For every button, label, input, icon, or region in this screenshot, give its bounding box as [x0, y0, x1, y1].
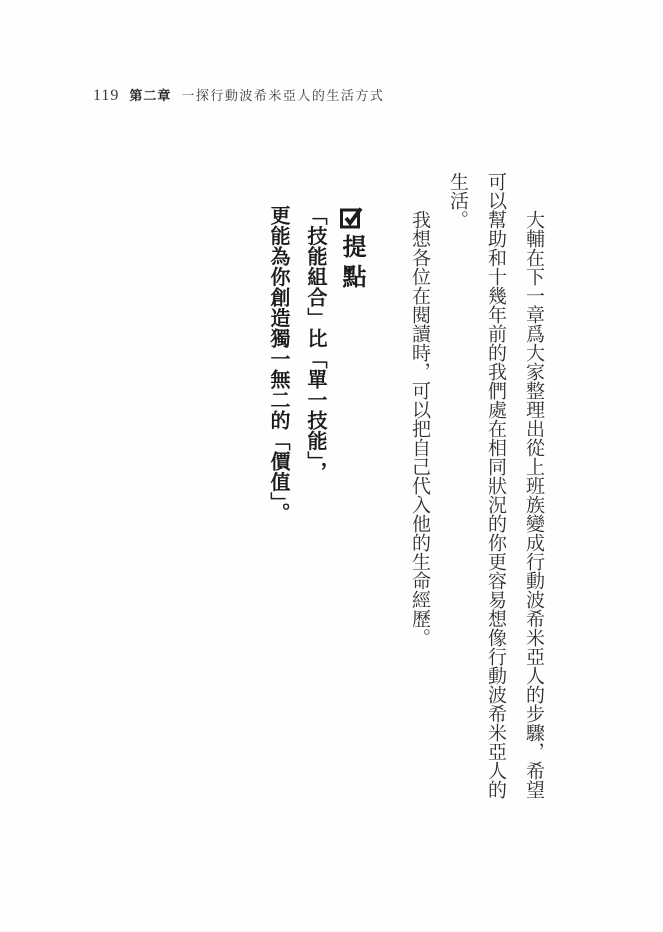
paragraph: 我想各位在閱讀時，可以把自己代入他的生命經歷。	[400, 172, 438, 802]
tip-line: 更能為你創造獨一無二的「價值」。	[259, 205, 296, 645]
page-number: 119	[93, 87, 119, 105]
tip-heading: 提點	[333, 205, 370, 645]
page-header: 119 第二章 一探行動波希米亞人的生活方式	[93, 85, 384, 105]
paragraph: 大輔在下一章爲大家整理出從上班族變成行動波希米亞人的步驟，希望可以幫助和十幾年前…	[438, 172, 552, 802]
checkbox-checked-icon	[346, 205, 370, 229]
chapter-title: 一探行動波希米亞人的生活方式	[181, 85, 384, 104]
chapter-label: 第二章	[129, 85, 171, 104]
tip-heading-label: 提點	[338, 234, 365, 294]
tip-line: 「技能組合」比「單一技能」，	[296, 205, 333, 645]
body-text: 大輔在下一章爲大家整理出從上班族變成行動波希米亞人的步驟，希望可以幫助和十幾年前…	[400, 172, 552, 802]
tip-block: 提點 「技能組合」比「單一技能」， 更能為你創造獨一無二的「價值」。	[259, 205, 370, 645]
book-page: 119 第二章 一探行動波希米亞人的生活方式 大輔在下一章爲大家整理出從上班族變…	[0, 0, 663, 932]
